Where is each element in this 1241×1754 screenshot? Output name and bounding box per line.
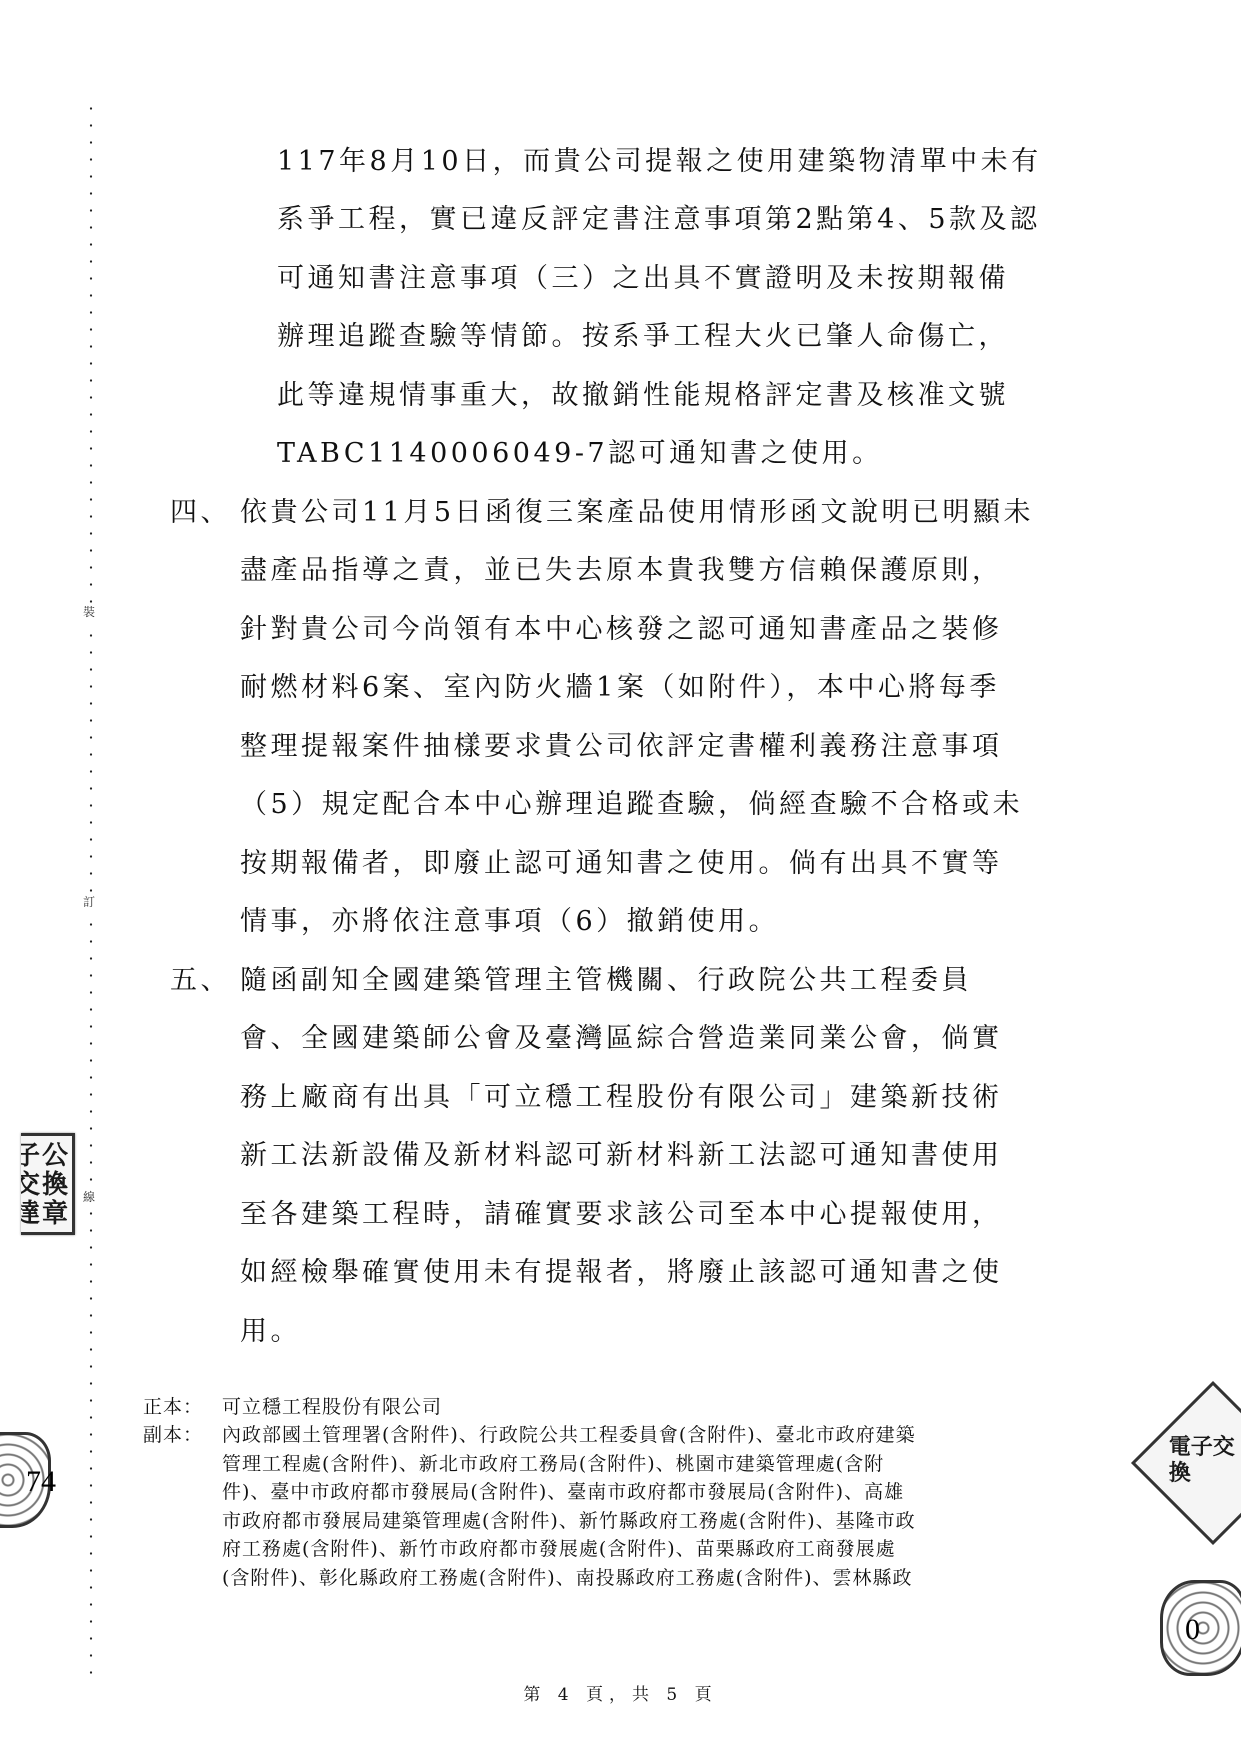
stamp-char: 換 bbox=[41, 1171, 69, 1200]
paragraph-line: 此等違規情事重大，故撤銷性能規格評定書及核准文號 bbox=[277, 379, 1009, 413]
exchange-stamp-left: 子 交 達 公 換 章 bbox=[21, 1133, 75, 1235]
paragraph-line: 系爭工程，實已違反評定書注意事項第2點第4、5款及認 bbox=[277, 203, 1041, 237]
copy-recipients-line: 府工務處(含附件)、新竹市政府都市發展處(含附件)、苗栗縣政府工商發展處 bbox=[222, 1535, 896, 1564]
paragraph-line: 可通知書注意事項（三）之出具不實證明及未按期報備 bbox=[277, 262, 1009, 296]
paragraph-line: 耐燃材料6案、室內防火牆1案（如附件），本中心將每季 bbox=[240, 671, 1000, 705]
stamp-char: 章 bbox=[41, 1200, 69, 1229]
copy-recipients-label: 副本： bbox=[143, 1421, 203, 1450]
paragraph-line: 新工法新設備及新材料認可新材料新工法認可通知書使用 bbox=[240, 1139, 1003, 1173]
copy-recipients-line: 市政府都市發展局建築管理處(含附件)、新竹縣政府工務處(含附件)、基隆市政 bbox=[222, 1507, 916, 1536]
paragraph-line: 務上廠商有出具「可立穩工程股份有限公司」建築新技術 bbox=[240, 1081, 1003, 1115]
original-recipient: 可立穩工程股份有限公司 bbox=[222, 1393, 442, 1422]
page-number: 第 4 頁，共 5 頁 bbox=[0, 1680, 1241, 1705]
copy-recipients-line: 管理工程處(含附件)、新北市政府工務局(含附件)、桃園市建築管理處(含附 bbox=[222, 1450, 884, 1479]
section-number-4: 四、 bbox=[170, 496, 231, 530]
stamp-text: 電子交換 bbox=[1169, 1434, 1241, 1486]
paragraph-line: 117年8月10日，而貴公司提報之使用建築物清單中未有 bbox=[277, 145, 1042, 179]
binding-label-ding: 訂 bbox=[83, 893, 95, 911]
copy-recipients-line: (含附件)、彰化縣政府工務處(含附件)、南投縣政府工務處(含附件)、雲林縣政 bbox=[222, 1564, 912, 1593]
paragraph-line: 隨函副知全國建築管理主管機關、行政院公共工程委員 bbox=[240, 964, 972, 998]
binding-label-zhuang: 裝 bbox=[83, 603, 95, 621]
exchange-stamp-right: 電子交換 bbox=[1131, 1381, 1241, 1545]
paragraph-line: TABC1140006049-7認可通知書之使用。 bbox=[277, 437, 883, 471]
paragraph-line: 依貴公司11月5日函復三案產品使用情形函文說明已明顯未 bbox=[240, 496, 1034, 530]
section-number-5: 五、 bbox=[170, 964, 231, 998]
page-seal-right bbox=[1160, 1580, 1241, 1676]
paragraph-line: 針對貴公司今尚領有本中心核發之認可通知書產品之裝修 bbox=[240, 613, 1003, 647]
paragraph-line: 按期報備者，即廢止認可通知書之使用。倘有出具不實等 bbox=[240, 847, 1003, 881]
page-seal-right-number: 0 bbox=[1185, 1613, 1200, 1647]
page-seal-left-number: 74 bbox=[26, 1465, 56, 1499]
binding-label-xian: 線 bbox=[83, 1188, 95, 1206]
stamp-char: 子 bbox=[21, 1142, 41, 1171]
paragraph-line: 情事，亦將依注意事項（6）撤銷使用。 bbox=[240, 905, 779, 939]
copy-recipients-line: 件)、臺中市政府都市發展局(含附件)、臺南市政府都市發展局(含附件)、高雄 bbox=[222, 1478, 904, 1507]
paragraph-line: 辦理追蹤查驗等情節。按系爭工程大火已肇人命傷亡， bbox=[277, 320, 1009, 354]
stamp-char: 達 bbox=[21, 1200, 41, 1229]
paragraph-line: 盡產品指導之責，並已失去原本貴我雙方信賴保護原則， bbox=[240, 554, 1003, 588]
stamp-char: 交 bbox=[21, 1171, 41, 1200]
paragraph-line: 如經檢舉確實使用未有提報者，將廢止該認可通知書之使 bbox=[240, 1256, 1003, 1290]
paragraph-line: 整理提報案件抽樣要求貴公司依評定書權利義務注意事項 bbox=[240, 730, 1003, 764]
document-page: 裝 訂 線 子 交 達 公 換 章 74 電子交換 0 117年8月10日，而貴… bbox=[0, 0, 1241, 1754]
paragraph-line: 至各建築工程時，請確實要求該公司至本中心提報使用， bbox=[240, 1198, 1003, 1232]
paragraph-line: 用。 bbox=[240, 1315, 301, 1349]
original-recipient-label: 正本： bbox=[143, 1393, 203, 1422]
binding-dotted-line bbox=[89, 100, 93, 1680]
paragraph-line: （5）規定配合本中心辦理追蹤查驗，倘經查驗不合格或未 bbox=[240, 788, 1023, 822]
paragraph-line: 會、全國建築師公會及臺灣區綜合營造業同業公會，倘實 bbox=[240, 1022, 1003, 1056]
stamp-char: 公 bbox=[41, 1142, 69, 1171]
copy-recipients-line: 內政部國土管理署(含附件)、行政院公共工程委員會(含附件)、臺北市政府建築 bbox=[222, 1421, 916, 1450]
